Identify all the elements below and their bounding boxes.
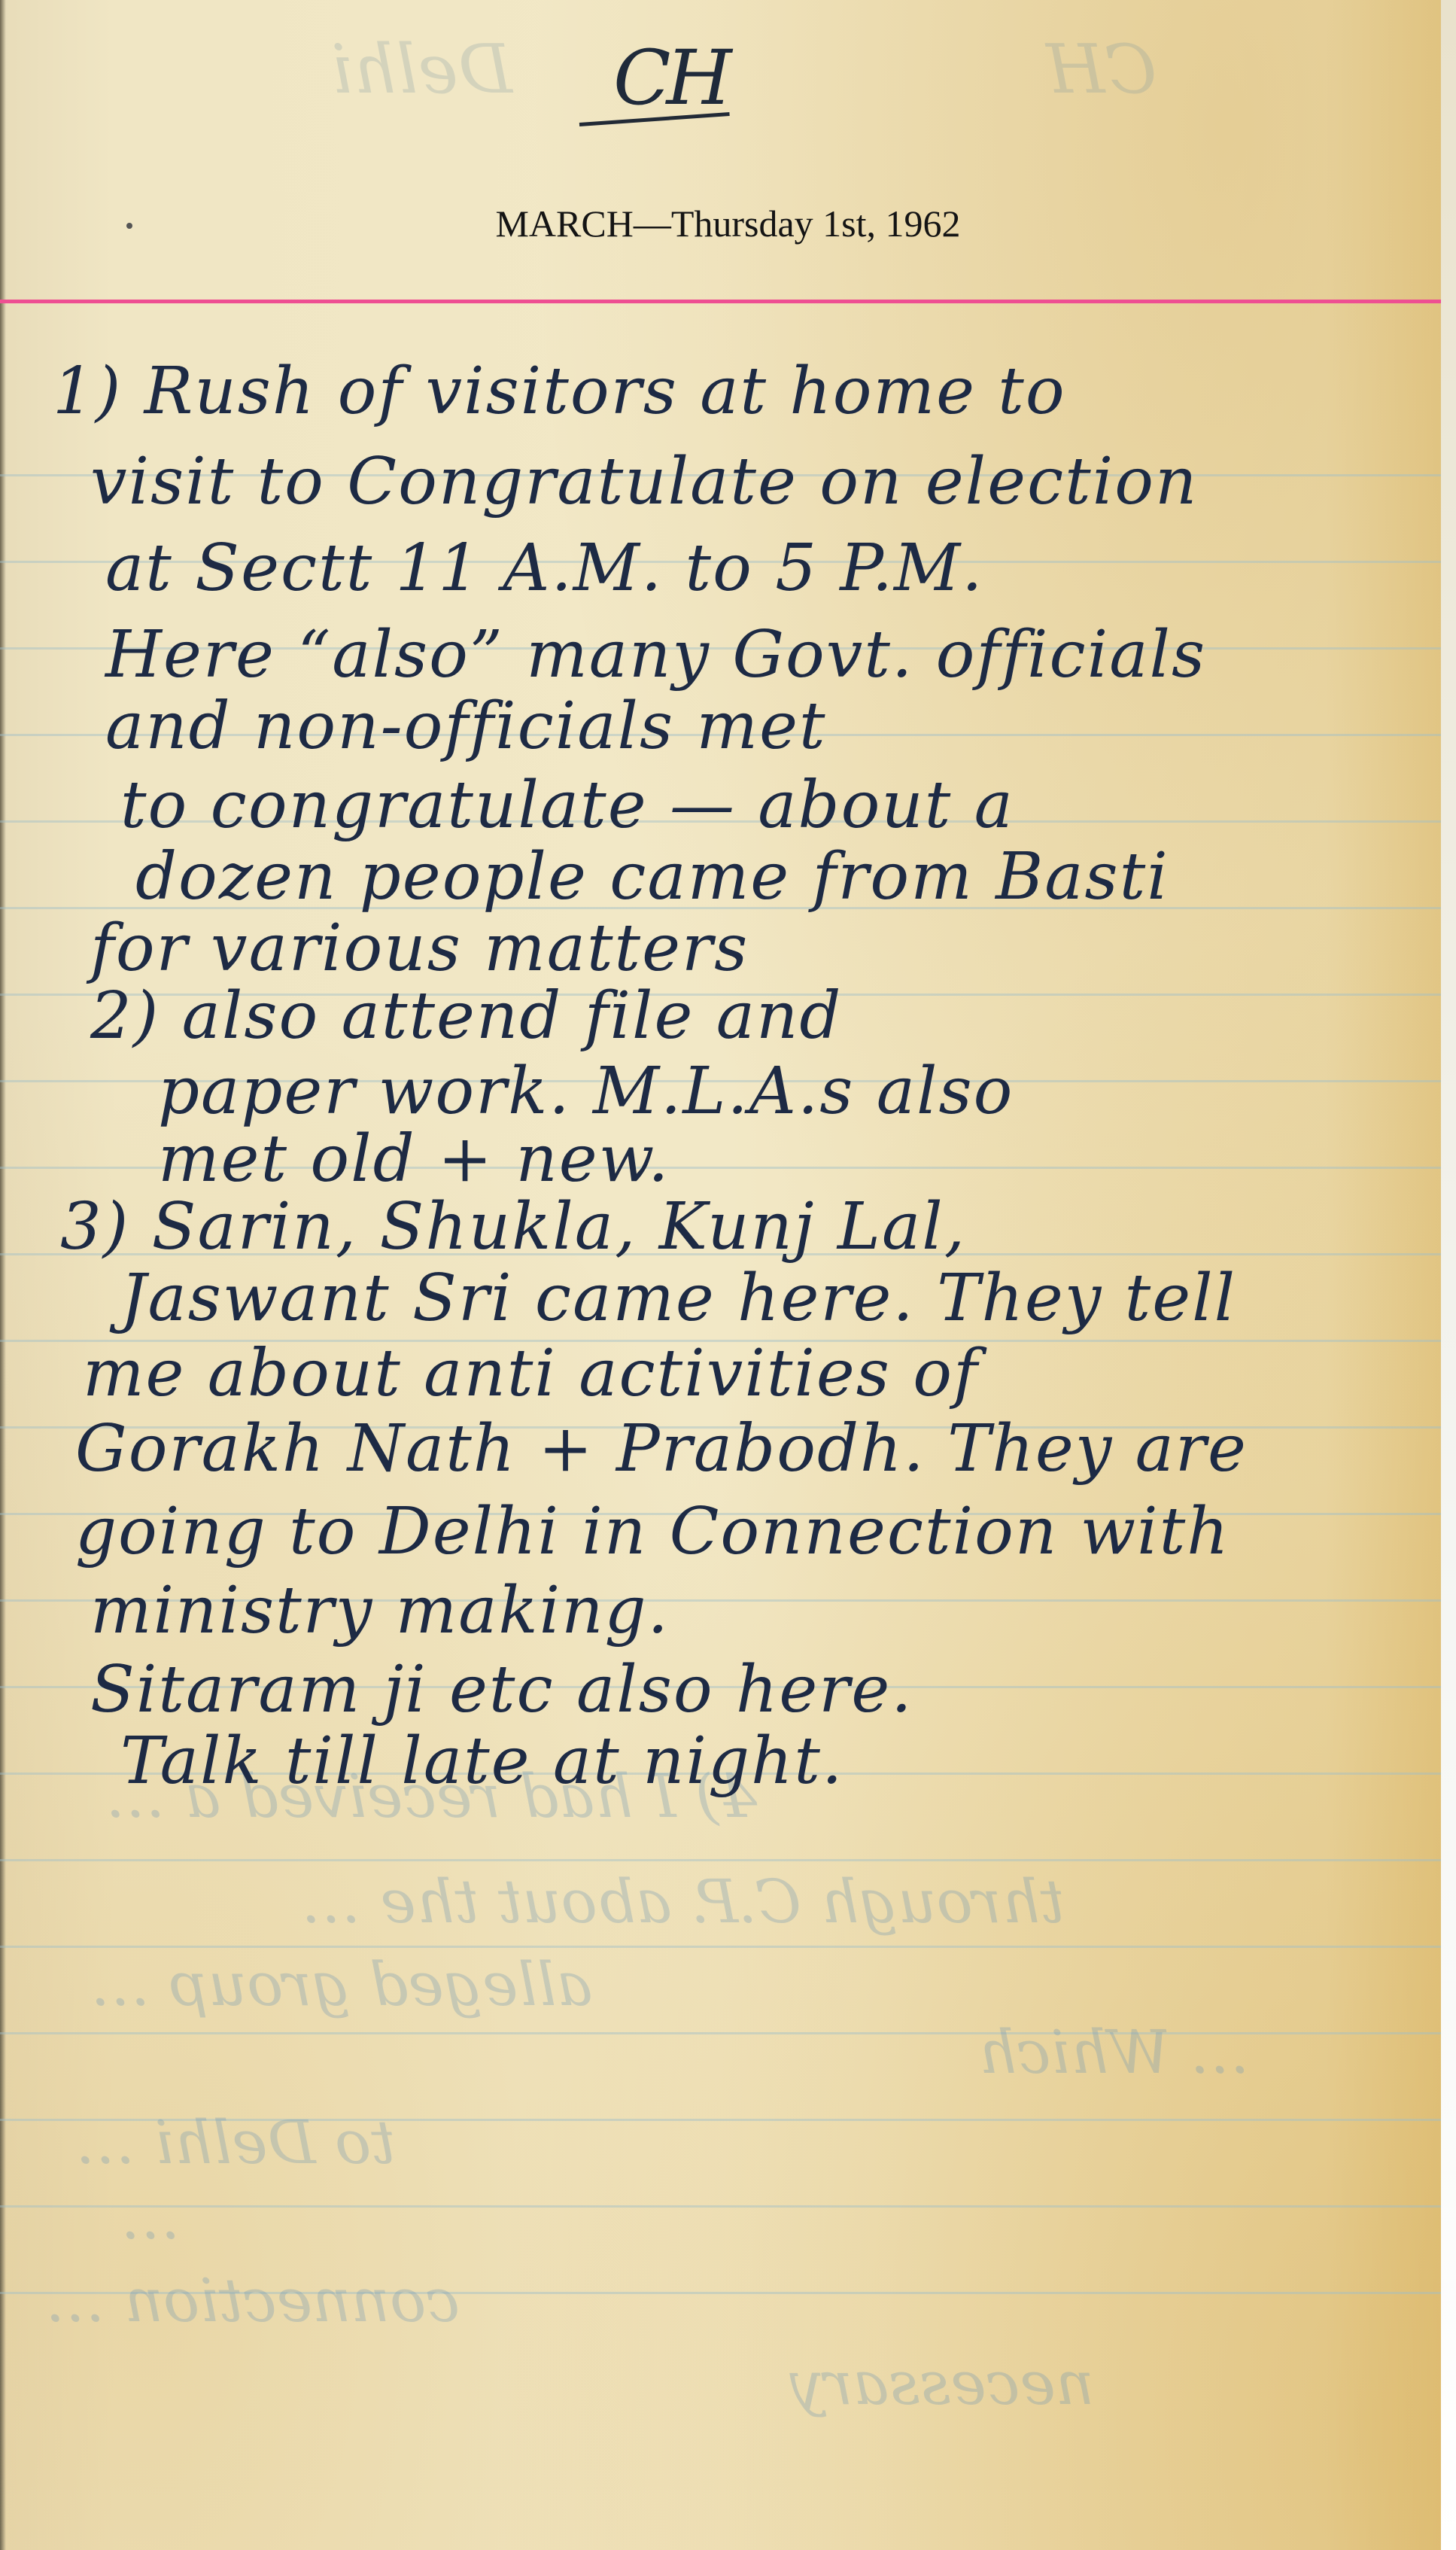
initials-mark: CH [613, 34, 728, 122]
entry-line: visit to Congratulate on election [90, 444, 1198, 519]
ghost-header-left: Delhi [331, 30, 512, 109]
entry-line: Here “also” many Govt. officials [105, 617, 1206, 692]
ruled-line [0, 2205, 1441, 2208]
bleed-line: to Delhi … [75, 2107, 395, 2177]
ghost-header-right: CH [1046, 30, 1157, 109]
bleed-line: … Which [978, 2017, 1250, 2087]
entry-line: 2) also attend file and [90, 978, 842, 1054]
entry-line: 1) Rush of visitors at home to [53, 354, 1066, 429]
entry-line: Sitaram ji etc also here. [90, 1652, 913, 1727]
entry-line: me about anti activities of [83, 1336, 979, 1411]
entry-line: for various matters [90, 911, 749, 986]
entry-line: 3) Sarin, Shukla, Kunj Lal, [60, 1189, 966, 1264]
margin-rule [0, 300, 1441, 303]
printed-date: MARCH—Thursday 1st, 1962 [495, 202, 960, 245]
bleed-line: through C.P. about the … [301, 1867, 1065, 1937]
binding-shadow [0, 0, 6, 2550]
ruled-line [0, 1859, 1441, 1861]
entry-line: Talk till late at night. [120, 1724, 844, 1799]
entry-line: Gorakh Nath + Prabodh. They are [75, 1411, 1248, 1486]
entry-line: dozen people came from Basti [135, 839, 1169, 914]
diary-page: Delhi CH CH MARCH—Thursday 1st, 1962 4) … [0, 0, 1441, 2550]
bleed-line: necessary [790, 2348, 1094, 2418]
printed-date-header: MARCH—Thursday 1st, 1962 [0, 202, 1441, 245]
scan-edge [1441, 0, 1456, 2550]
entry-line: to congratulate — about a [120, 768, 1014, 843]
entry-line: and non-officials met [105, 689, 827, 764]
bleed-line: connection … [45, 2265, 460, 2335]
entry-line: met old + new. [158, 1121, 670, 1197]
entry-line: ministry making. [90, 1573, 670, 1648]
bleed-line: alleged group … [90, 1949, 592, 2019]
entry-line: going to Delhi in Connection with [75, 1494, 1230, 1569]
entry-line: at Sectt 11 A.M. to 5 P.M. [105, 531, 983, 606]
ruled-line [0, 1946, 1441, 1948]
entry-line: Jaswant Sri came here. They tell [120, 1261, 1236, 1336]
bleed-line: … [120, 2183, 181, 2253]
entry-line: paper work. M.L.A.s also [158, 1054, 1014, 1129]
